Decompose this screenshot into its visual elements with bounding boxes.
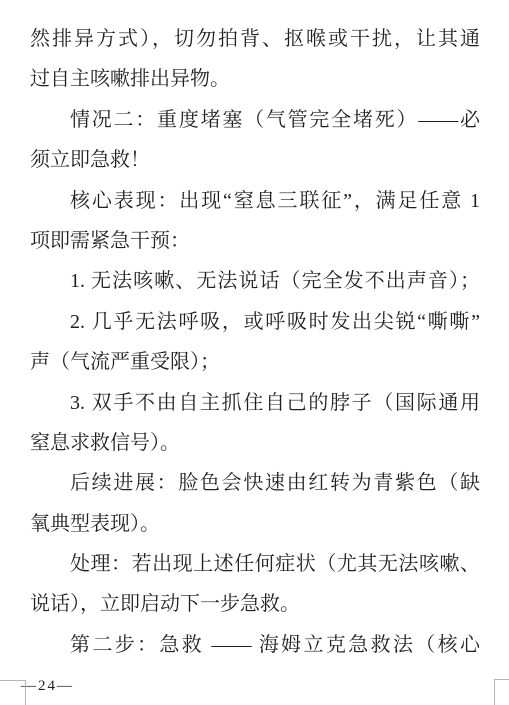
crop-mark-line: [494, 679, 495, 705]
body-text: 然排异方式），切勿拍背、抠喉或干扰，让其通 过自主咳嗽排出异物。 情况二：重度堵…: [30, 19, 480, 665]
text-line: 1. 无法咳嗽、无法说话（完全发不出声音）；: [30, 261, 480, 301]
text-line: 后续进展：脸色会快速由红转为青紫色（缺: [30, 463, 480, 503]
text-line: 然排异方式），切勿拍背、抠喉或干扰，让其通: [30, 19, 480, 59]
crop-mark-line: [25, 680, 26, 705]
text-line: 过自主咳嗽排出异物。: [30, 59, 480, 99]
text-line: 须立即急救！: [30, 140, 480, 180]
text-line: 第二步：急救 —— 海姆立克急救法（核心: [30, 625, 480, 665]
text-line: 情况二：重度堵塞（气管完全堵死）——必: [30, 100, 480, 140]
text-line: 氧典型表现）。: [30, 504, 480, 544]
crop-mark-line: [0, 680, 26, 681]
text-line: 核心表现：出现“窒息三联征”，满足任意 1: [30, 181, 480, 221]
text-line: 项即需紧急干预：: [30, 221, 480, 261]
text-line: 说话），立即启动下一步急救。: [30, 584, 480, 624]
text-line: 声（气流严重受限）；: [30, 342, 480, 382]
document-page: 然排异方式），切勿拍背、抠喉或干扰，让其通 过自主咳嗽排出异物。 情况二：重度堵…: [0, 0, 509, 705]
crop-mark-line: [494, 679, 509, 680]
text-line: 2. 几乎无法呼吸，或呼吸时发出尖锐“嘶嘶”: [30, 302, 480, 342]
text-line: 3. 双手不由自主抓住自己的脖子（国际通用: [30, 383, 480, 423]
text-line: 处理：若出现上述任何症状（尤其无法咳嗽、: [30, 544, 480, 584]
text-line: 窒息求救信号）。: [30, 423, 480, 463]
page-number: —24—: [21, 675, 74, 697]
